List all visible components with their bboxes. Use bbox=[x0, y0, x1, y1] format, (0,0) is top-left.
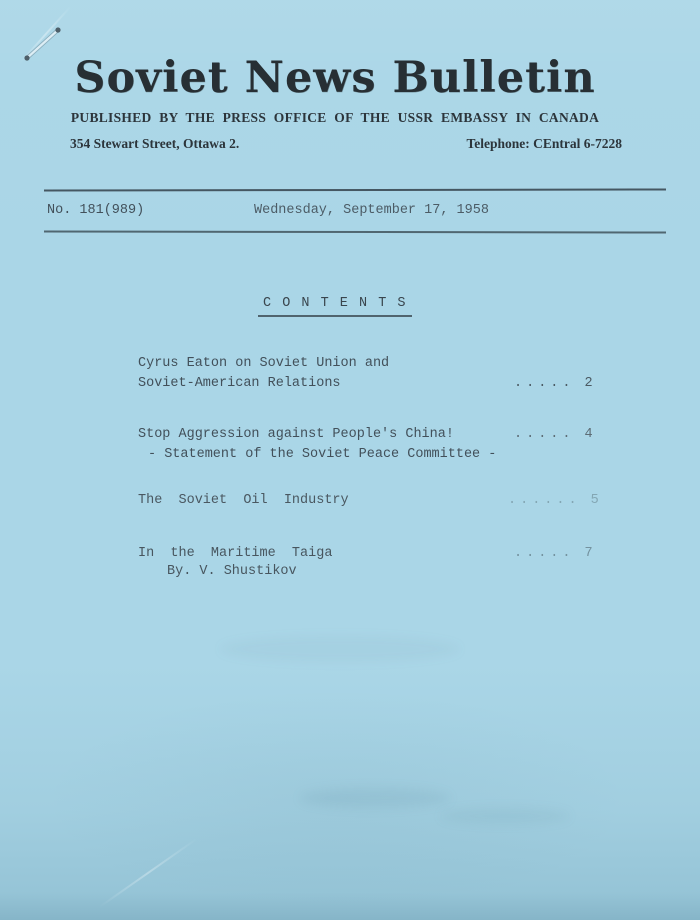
contents-item-page-ref: .....7 bbox=[514, 547, 593, 561]
issue-date: Wednesday, September 17, 1958 bbox=[254, 204, 489, 218]
dot-leader: ..... bbox=[514, 427, 575, 442]
contents-item-subtitle: - Statement of the Soviet Peace Committe… bbox=[148, 448, 496, 462]
bleed-through-smudge bbox=[300, 788, 450, 808]
paper-crease-bottom-left bbox=[98, 838, 197, 908]
contents-item-author: By. V. Shustikov bbox=[167, 565, 297, 579]
dot-leader: ...... bbox=[508, 493, 581, 508]
document-page: Soviet News Bulletin PUBLISHED BY THE PR… bbox=[0, 0, 700, 920]
masthead: Soviet News Bulletin PUBLISHED BY THE PR… bbox=[40, 56, 630, 126]
page-number: 5 bbox=[591, 493, 599, 508]
address-row: 354 Stewart Street, Ottawa 2. Telephone:… bbox=[70, 136, 622, 152]
bulletin-title: Soviet News Bulletin bbox=[40, 56, 630, 101]
contents-item-title: The Soviet Oil Industry bbox=[138, 494, 349, 508]
horizontal-rule-top bbox=[44, 188, 666, 191]
street-address: 354 Stewart Street, Ottawa 2. bbox=[70, 136, 239, 152]
contents-item-title: Soviet-American Relations bbox=[138, 377, 341, 391]
publisher-line: PUBLISHED BY THE PRESS OFFICE OF THE USS… bbox=[40, 110, 630, 126]
telephone-number: Telephone: CEntral 6-7228 bbox=[466, 136, 622, 152]
dot-leader: ..... bbox=[514, 546, 575, 561]
issue-number: No. 181(989) bbox=[47, 204, 144, 218]
page-number: 2 bbox=[585, 376, 593, 391]
contents-item-title: Cyrus Eaton on Soviet Union and bbox=[138, 357, 389, 371]
horizontal-rule-bottom bbox=[44, 230, 666, 233]
contents-item-page-ref: .....2 bbox=[514, 377, 593, 391]
contents-item-title: In the Maritime Taiga bbox=[138, 547, 332, 561]
bleed-through-smudge bbox=[220, 636, 460, 662]
contents-item-page-ref: ......5 bbox=[508, 494, 599, 508]
page-number: 7 bbox=[585, 546, 593, 561]
bleed-through-smudge bbox=[440, 808, 570, 824]
contents-heading: C O N T E N T S bbox=[258, 297, 412, 317]
page-number: 4 bbox=[585, 427, 593, 442]
dot-leader: ..... bbox=[514, 376, 575, 391]
contents-item-title: Stop Aggression against People's China! bbox=[138, 428, 454, 442]
contents-item-page-ref: .....4 bbox=[514, 428, 593, 442]
